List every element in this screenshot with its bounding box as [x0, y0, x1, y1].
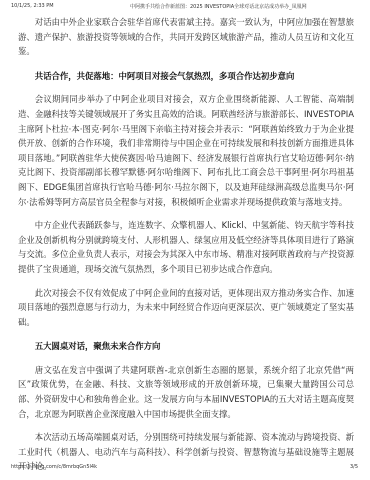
article-paragraph: 唐文弘在发言中强调了共建阿联酋-北京创新生态圈的愿景，系统介绍了北京凭借“两区”… [18, 363, 354, 421]
article-paragraph: 对话由中外企业家联合会驻华首席代表雷斌主持。嘉宾一致认为，中阿应加强在智慧旅游、… [18, 15, 354, 59]
article-paragraph: 此次对接会不仅有效促成了中阿企业间的直接对话，更体现出双方推动务实合作、加速项目… [18, 286, 354, 330]
section-heading: 共话合作，共促落地：中阿项目对接会气氛热烈，多项合作达初步意向 [18, 69, 354, 84]
print-datetime: 10/1/25, 2:33 PM [11, 3, 54, 9]
print-header: 10/1/25, 2:33 PM 中阿携手共绘合作新蓝图：2025 INVEST… [0, 0, 370, 12]
article-paragraph: 会议期间同步举办了中阿企业项目对接会，双方企业围绕新能源、人工智能、高端制造、金… [18, 92, 354, 209]
section-heading: 五大圆桌对话，聚焦未来合作方向 [18, 339, 354, 354]
print-page-title: 中阿携手共绘合作新蓝图：2025 INVESTOPIA全球对话北京站成功举办_凤… [130, 3, 307, 10]
article-body: 对话由中外企业家联合会驻华首席代表雷斌主持。嘉宾一致认为，中阿应加强在智慧旅游、… [18, 15, 354, 474]
print-footer: https://i.ifeng.com/c/8mrbqGn5l4k 3/5 [0, 460, 370, 474]
article-paragraph: 中方企业代表踊跃参与，连连数字、众擎机器人、Klickl、中氢新能、钧天航宇等科… [18, 218, 354, 276]
page-number: 3/5 [350, 464, 358, 470]
page-url: https://i.ifeng.com/c/8mrbqGn5l4k [11, 464, 97, 470]
